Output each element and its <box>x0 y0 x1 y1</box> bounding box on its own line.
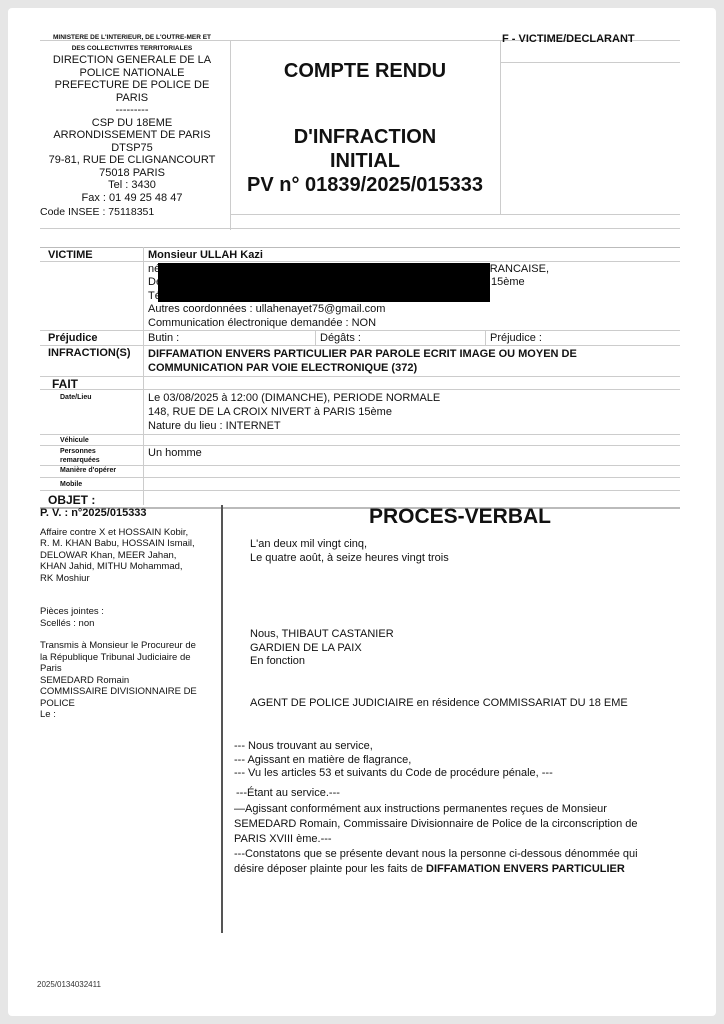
officer-status: En fonction <box>250 655 394 669</box>
victime-label: VICTIME <box>48 249 93 261</box>
pv-date-line-2: Le quatre août, à seize heures vingt tro… <box>250 552 449 566</box>
butin-field: Butin : <box>148 332 179 346</box>
ministry-line-1: MINISTERE DE L'INTERIEUR, DE L'OUTRE-MER… <box>38 32 226 43</box>
ministry-line-2: DES COLLECTIVITES TERRITORIALES <box>38 43 226 54</box>
victime-address-suffix: 15ème <box>491 276 525 290</box>
divider <box>40 389 680 390</box>
divider <box>230 214 680 215</box>
instructions-line: SEMEDARD Romain, Commissaire Divisionnai… <box>234 817 638 832</box>
offense-name: DIFFAMATION ENVERS PARTICULIER <box>426 863 625 875</box>
transmis-line: Paris <box>40 663 230 675</box>
divider <box>40 261 680 262</box>
infraction-description: DIFFAMATION ENVERS PARTICULIER PAR PAROL… <box>148 347 577 375</box>
constatons-prefix: désire déposer plainte pour les faits de <box>234 863 426 875</box>
code-insee: Code INSEE : 75118351 <box>40 206 154 218</box>
title-line-1: COMPTE RENDU <box>230 60 500 83</box>
affaire-line: Affaire contre X et HOSSAIN Kobir, <box>40 527 230 539</box>
divider <box>40 228 680 229</box>
maniere-label: Manière d'opérer <box>60 466 116 475</box>
direction-line: PREFECTURE DE POLICE DE <box>38 79 226 92</box>
transmis-line: COMMISSAIRE DIVISIONNAIRE DE <box>40 686 230 698</box>
divider <box>40 490 680 491</box>
service-line: --- Vu les articles 53 et suivants du Co… <box>234 767 553 781</box>
service-block: --- Nous trouvant au service, --- Agissa… <box>234 740 553 781</box>
direction-line: 75018 PARIS <box>38 167 226 180</box>
fait-address: 148, RUE DE LA CROIX NIVERT à PARIS 15èm… <box>148 406 392 420</box>
service-line: --- Nous trouvant au service, <box>234 740 553 754</box>
divider <box>40 330 680 331</box>
objet-label: OBJET : <box>48 493 95 507</box>
fait-date: Le 03/08/2025 à 12:00 (DIMANCHE), PERIOD… <box>148 392 440 406</box>
pv-date-line-1: L'an deux mil vingt cinq, <box>250 538 449 552</box>
pieces-jointes: Pièces jointes : <box>40 606 230 618</box>
transmis-line: SEMEDARD Romain <box>40 675 230 687</box>
officer-name: Nous, THIBAUT CASTANIER <box>250 628 394 642</box>
agent-line: AGENT DE POLICE JUDICIAIRE en résidence … <box>250 697 628 711</box>
victime-name: Monsieur ULLAH Kazi <box>148 249 263 261</box>
victime-other-contact: Autres coordonnées : ullahenayet75@gmail… <box>148 303 385 317</box>
officer-rank: GARDIEN DE LA PAIX <box>250 642 394 656</box>
redaction-block <box>158 263 490 302</box>
affaire-line: RK Moshiur <box>40 573 230 585</box>
direction-line: --------- <box>38 104 226 117</box>
victime-nationality: FRANCAISE, <box>483 263 549 277</box>
fait-nature-lieu: Nature du lieu : INTERNET <box>148 420 281 434</box>
instructions-block: —Agissant conformément aux instructions … <box>234 802 638 877</box>
issuing-authority: MINISTERE DE L'INTERIEUR, DE L'OUTRE-MER… <box>38 32 226 204</box>
transmis-line: POLICE <box>40 698 230 710</box>
pv-sidebar: P. V. : n°2025/015333 Affaire contre X e… <box>40 508 230 721</box>
constatons-line-2: désire déposer plainte pour les faits de… <box>234 862 638 877</box>
vehicule-label: Véhicule <box>60 436 89 445</box>
divider <box>40 434 680 435</box>
pv-number: P. V. : n°2025/015333 <box>40 508 230 520</box>
form-section-label: F - VICTIME/DECLARANT <box>502 33 635 45</box>
prejudice-field: Préjudice : <box>490 332 542 346</box>
affaire-line: R. M. KHAN Babu, HOSSAIN Ismail, <box>40 538 230 550</box>
affaire-line: DELOWAR Khan, MEER Jahan, <box>40 550 230 562</box>
direction-line: DIRECTION GENERALE DE LA <box>38 54 226 67</box>
scelles: Scellés : non <box>40 618 230 630</box>
divider <box>40 445 680 446</box>
title-line-2: D'INFRACTION <box>230 125 500 149</box>
direction-line: ARRONDISSEMENT DE PARIS <box>38 129 226 142</box>
instructions-line: PARIS XVIII ème.--- <box>234 832 638 847</box>
divider <box>40 376 680 377</box>
personnes-label-1: Personnes <box>60 447 100 456</box>
degats-field: Dégâts : <box>320 332 361 346</box>
divider <box>40 247 680 248</box>
infraction-label: INFRACTION(S) <box>48 347 131 359</box>
affaire-line: KHAN Jahid, MITHU Mohammad, <box>40 561 230 573</box>
constatons-line-1: ---Constatons que se présente devant nou… <box>234 847 638 862</box>
instructions-line: —Agissant conformément aux instructions … <box>234 802 638 817</box>
divider <box>485 330 486 345</box>
divider <box>500 40 501 215</box>
prejudice-label: Préjudice <box>48 332 98 344</box>
divider <box>315 330 316 345</box>
direction-line: CSP DU 18EME <box>38 117 226 130</box>
date-lieu-label: Date/Lieu <box>60 393 92 402</box>
victime-electronic-comm: Communication électronique demandée : NO… <box>148 317 376 331</box>
transmis-line: Le : <box>40 709 230 721</box>
direction-line: Tel : 3430 <box>38 179 226 192</box>
document-id: 2025/0134032411 <box>37 980 101 989</box>
mobile-label: Mobile <box>60 480 82 489</box>
column-divider <box>221 505 223 933</box>
proces-verbal-title: PROCES-VERBAL <box>240 505 680 529</box>
transmis-line: Transmis à Monsieur le Procureur de <box>40 640 230 652</box>
direction-line: POLICE NATIONALE <box>38 67 226 80</box>
pv-date-block: L'an deux mil vingt cinq, Le quatre août… <box>250 538 449 565</box>
divider <box>500 62 680 63</box>
pv-number-title: PV n° 01839/2025/015333 <box>230 173 500 197</box>
divider <box>40 465 680 466</box>
transmis-line: la République Tribunal Judiciaire de <box>40 652 230 664</box>
officer-block: Nous, THIBAUT CASTANIER GARDIEN DE LA PA… <box>250 628 394 669</box>
personnes-label: Personnes remarquées <box>60 447 100 465</box>
direction-line: PARIS <box>38 92 226 105</box>
service-line: --- Agissant en matière de flagrance, <box>234 754 553 768</box>
direction-line: DTSP75 <box>38 142 226 155</box>
infraction-line-1: DIFFAMATION ENVERS PARTICULIER PAR PAROL… <box>148 347 577 361</box>
divider <box>40 477 680 478</box>
title-line-3: INITIAL <box>230 149 500 173</box>
etant-line: ---Étant au service.--- <box>236 787 340 801</box>
title-lines: D'INFRACTION INITIAL PV n° 01839/2025/01… <box>230 125 500 197</box>
direction-line: 79-81, RUE DE CLIGNANCOURT <box>38 154 226 167</box>
direction-line: Fax : 01 49 25 48 47 <box>38 192 226 205</box>
personnes-value: Un homme <box>148 447 202 461</box>
infraction-line-2: COMMUNICATION PAR VOIE ELECTRONIQUE (372… <box>148 361 577 375</box>
personnes-label-2: remarquées <box>60 456 100 465</box>
